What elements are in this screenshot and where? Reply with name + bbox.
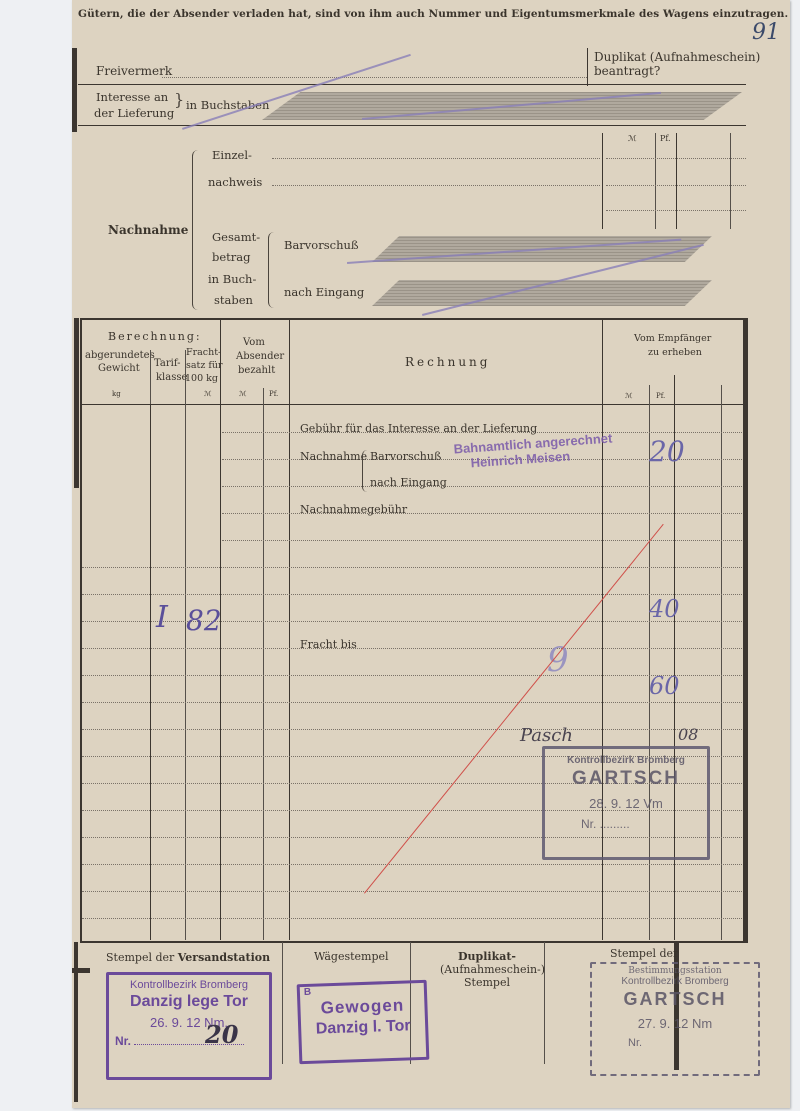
nachnahme-amount-field-2[interactable] — [606, 185, 746, 186]
divider — [289, 320, 290, 404]
divider — [721, 385, 722, 404]
row-fracht-bis: Fracht bis — [300, 638, 357, 651]
gesamt-label-4: staben — [214, 293, 253, 307]
gesamt-brace — [268, 232, 274, 308]
bestimmung-header-1: Stempel der — [610, 947, 678, 960]
row-gebuehr-interesse: Gebühr für das Interesse an der Lieferun… — [300, 422, 537, 435]
empfaenger-pf: Pf. — [656, 392, 665, 400]
gartsch-table-stamp-line2: GARTSCH — [545, 768, 707, 790]
row-nachnahmegebuehr: Nachnahmegebühr — [300, 503, 407, 516]
freight-document-page: Gütern, die der Absender verladen hat, s… — [72, 0, 790, 1108]
berechnung-header: Berechnung: — [108, 330, 202, 343]
binding-bar-top — [72, 48, 77, 132]
frachtsatz-label-3: 100 kg — [185, 373, 218, 384]
divider — [587, 48, 588, 86]
duplikat-label-2: beantragt? — [594, 64, 660, 78]
absender-mark: ℳ — [239, 390, 247, 398]
handwritten-pf-20: 20 — [649, 435, 685, 468]
empfaenger-mark: ℳ — [625, 392, 633, 400]
empfaenger-label-2: zu erheben — [648, 347, 702, 358]
handwritten-pf-40: 40 — [649, 595, 680, 623]
divider — [602, 133, 603, 229]
bestimmung-stamp-line2: GARTSCH — [592, 989, 758, 1010]
rule — [78, 125, 746, 126]
divider — [649, 385, 650, 404]
divider — [602, 320, 603, 404]
versand-stamp: Kontrollbezirk Bromberg Danzig lege Tor … — [106, 972, 272, 1080]
einzel-field-2[interactable] — [272, 185, 600, 186]
absender-pf: Pf. — [269, 390, 278, 398]
absender-label-2: Absender — [236, 351, 284, 362]
divider — [263, 404, 264, 940]
versand-stamp-line2: Danzig lege Tor — [109, 993, 269, 1011]
gartsch-table-stamp-line3: 28. 9. 12 Vm — [545, 796, 707, 811]
top-notice: Gütern, die der Absender verladen hat, s… — [78, 8, 788, 20]
nachnahme-title: Nachnahme — [108, 223, 188, 237]
gesamt-label-3: in Buch- — [208, 272, 256, 286]
handwritten-signature: Pasch — [520, 725, 573, 746]
handwritten-pf-60: 60 — [649, 672, 680, 700]
waege-stamp: B Gewogen Danzig l. Tor — [297, 980, 430, 1064]
duplikat-stamp-area[interactable] — [414, 1000, 540, 1060]
gewicht-unit: kg — [112, 390, 121, 398]
bestimmung-stamp-line3: 27. 9. 12 Nm — [592, 1016, 758, 1031]
freivermerk-label: Freivermerk — [96, 64, 172, 78]
divider — [674, 375, 675, 404]
divider — [150, 350, 151, 404]
divider — [289, 404, 290, 940]
divider — [655, 133, 656, 229]
gartsch-table-stamp: Kontrollbezirk Bromberg GARTSCH 28. 9. 1… — [542, 746, 710, 860]
bestimmung-stamp: Bestimmungsstation Kontrollbezirk Brombe… — [590, 962, 760, 1076]
empfaenger-label-1: Vom Empfänger — [634, 333, 711, 344]
divider — [263, 388, 264, 404]
einzel-label-1: Einzel- — [212, 148, 252, 162]
row-barvorschuss: Barvorschuß — [370, 450, 441, 463]
corner-mark: 91 — [752, 20, 780, 45]
einzel-field-1[interactable] — [272, 158, 600, 159]
interesse-label-1: Interesse an — [96, 90, 168, 104]
bestimmung-header-2: Bestimmungsstation — [592, 966, 758, 976]
gewicht-label-2: Gewicht — [98, 363, 140, 374]
einzel-label-2: nachweis — [208, 175, 262, 189]
brace-glyph: } — [174, 90, 184, 109]
row-nachnahme-brace — [362, 450, 367, 492]
handwritten-mark: 9 — [547, 640, 569, 680]
interesse-label-2: der Lieferung — [94, 106, 174, 120]
nachnahme-amount-field-3[interactable] — [606, 210, 746, 211]
row-nach-eingang: nach Eingang — [370, 476, 447, 489]
gartsch-table-stamp-line4: Nr. ......... — [545, 817, 707, 831]
divider — [730, 133, 731, 229]
versand-stamp-line3: 26. 9. 12 Nm. — [109, 1015, 269, 1030]
waege-header: Wägestempel — [314, 950, 389, 963]
col-pf-label: Pf. — [660, 134, 671, 143]
versand-stamp-nr: 20 — [205, 1020, 238, 1049]
divider — [185, 350, 186, 404]
versand-stamp-line1: Kontrollbezirk Bromberg — [109, 979, 269, 991]
divider — [544, 942, 545, 1064]
duplikat-header-1: Duplikat- — [452, 950, 522, 963]
rechnung-header: Rechnung — [405, 355, 490, 369]
waege-stamp-line2: Danzig l. Tor — [301, 1017, 426, 1039]
frachtsatz-label-2: satz für — [186, 360, 223, 371]
handwritten-tarifklasse: I — [156, 600, 168, 635]
nachnahme-amount-field-1[interactable] — [606, 158, 746, 159]
waege-stamp-line1: Gewogen — [300, 995, 425, 1019]
row-nachnahme: Nachnahme — [300, 450, 367, 463]
handwritten-frachtsatz: 82 — [186, 604, 222, 637]
tarif-label-2: klasse — [156, 372, 187, 383]
duplikat-header: Duplikat- (Aufnahmeschein-) Stempel — [452, 950, 522, 989]
divider — [721, 404, 722, 940]
tarif-label-1: Tarif- — [154, 358, 181, 369]
rule — [78, 84, 746, 85]
bestimmung-stamp-line4: Nr. — [592, 1037, 758, 1049]
barvorschuss-label: Barvorschuß — [284, 238, 359, 252]
divider — [220, 404, 221, 940]
gartsch-table-stamp-line1: Kontrollbezirk Bromberg — [545, 755, 707, 766]
versand-header-2: Versandstation — [178, 951, 270, 964]
versand-header: Stempel der Versandstation — [106, 951, 270, 964]
binding-bar-bottom — [74, 942, 78, 1102]
divider — [185, 404, 186, 940]
duplikat-header-2: (Aufnahmeschein-) — [440, 963, 522, 976]
gewicht-label-1: abgerundetes — [85, 350, 155, 361]
waege-stamp-corner: B — [304, 987, 312, 998]
frachtsatz-unit: ℳ — [204, 390, 212, 398]
absender-label-1: Vom — [243, 337, 265, 348]
header-rule — [80, 404, 748, 405]
col-mark-label: ℳ — [628, 134, 637, 143]
divider — [220, 320, 221, 404]
frachtsatz-label-1: Fracht- — [186, 347, 221, 358]
freivermerk-field[interactable] — [162, 77, 587, 78]
handwritten-sum: 08 — [678, 725, 698, 744]
nachnahme-brace — [192, 150, 199, 310]
nach-eingang-label: nach Eingang — [284, 285, 364, 299]
versand-header-1: Stempel der — [106, 951, 174, 964]
absender-label-3: bezahlt — [238, 365, 275, 376]
divider — [150, 404, 151, 940]
divider — [282, 942, 283, 1064]
versand-stamp-nr-label: Nr. — [115, 1034, 131, 1048]
gesamt-label-2: betrag — [212, 250, 251, 264]
duplikat-header-3: Stempel — [452, 976, 522, 989]
divider — [676, 133, 677, 229]
binding-bar-mid — [74, 318, 79, 488]
bestimmung-stamp-line1: Kontrollbezirk Bromberg — [592, 976, 758, 987]
gesamt-label-1: Gesamt- — [212, 230, 260, 244]
duplikat-label-1: Duplikat (Aufnahmeschein) — [594, 50, 760, 64]
